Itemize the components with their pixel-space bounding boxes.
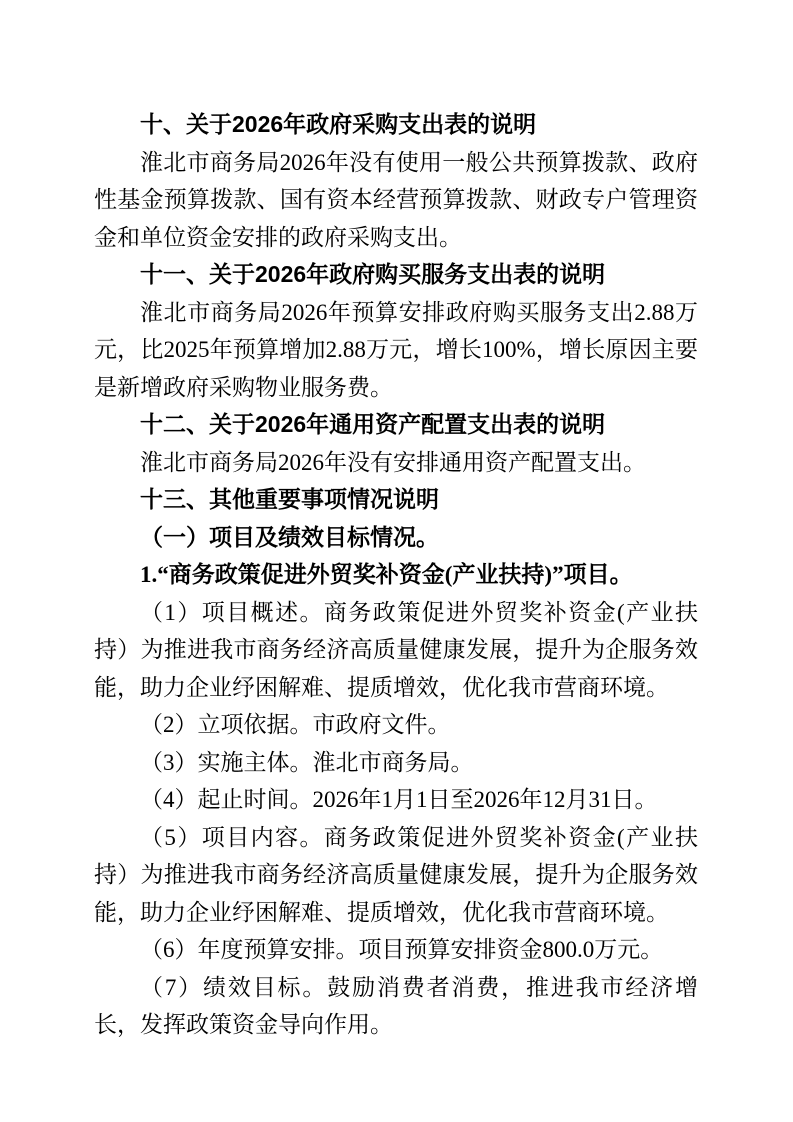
project-title-heading: 1.“商务政策促进外贸奖补资金(产业扶持)”项目。: [94, 556, 698, 594]
document-page: 十、关于2026年政府采购支出表的说明 淮北市商务局2026年没有使用一般公共预…: [0, 0, 793, 1122]
section-12-paragraph: 淮北市商务局2026年没有安排通用资产配置支出。: [94, 444, 698, 482]
document-body: 十、关于2026年政府采购支出表的说明 淮北市商务局2026年没有使用一般公共预…: [94, 106, 698, 1044]
project-item-6-annual-budget: （6）年度预算安排。项目预算安排资金800.0万元。: [94, 931, 698, 969]
project-item-7-performance-goal: （7）绩效目标。鼓励消费者消费，推进我市经济增长，发挥政策资金导向作用。: [94, 969, 698, 1044]
section-heading-13: 十三、其他重要事项情况说明: [94, 481, 698, 519]
section-heading-11: 十一、关于2026年政府购买服务支出表的说明: [94, 256, 698, 294]
project-item-4-duration: （4）起止时间。2026年1月1日至2026年12月31日。: [94, 781, 698, 819]
project-item-2-basis: （2）立项依据。市政府文件。: [94, 706, 698, 744]
subsection-heading-1: （一）项目及绩效目标情况。: [94, 519, 698, 557]
project-item-1-overview: （1）项目概述。商务政策促进外贸奖补资金(产业扶持）为推进我市商务经济高质量健康…: [94, 594, 698, 707]
section-11-paragraph: 淮北市商务局2026年预算安排政府购买服务支出2.88万元，比2025年预算增加…: [94, 294, 698, 407]
section-heading-12: 十二、关于2026年通用资产配置支出表的说明: [94, 406, 698, 444]
section-10-paragraph: 淮北市商务局2026年没有使用一般公共预算拨款、政府性基金预算拨款、国有资本经营…: [94, 144, 698, 257]
section-heading-10: 十、关于2026年政府采购支出表的说明: [94, 106, 698, 144]
project-item-5-content: （5）项目内容。商务政策促进外贸奖补资金(产业扶持）为推进我市商务经济高质量健康…: [94, 819, 698, 932]
project-item-3-implementer: （3）实施主体。淮北市商务局。: [94, 744, 698, 782]
